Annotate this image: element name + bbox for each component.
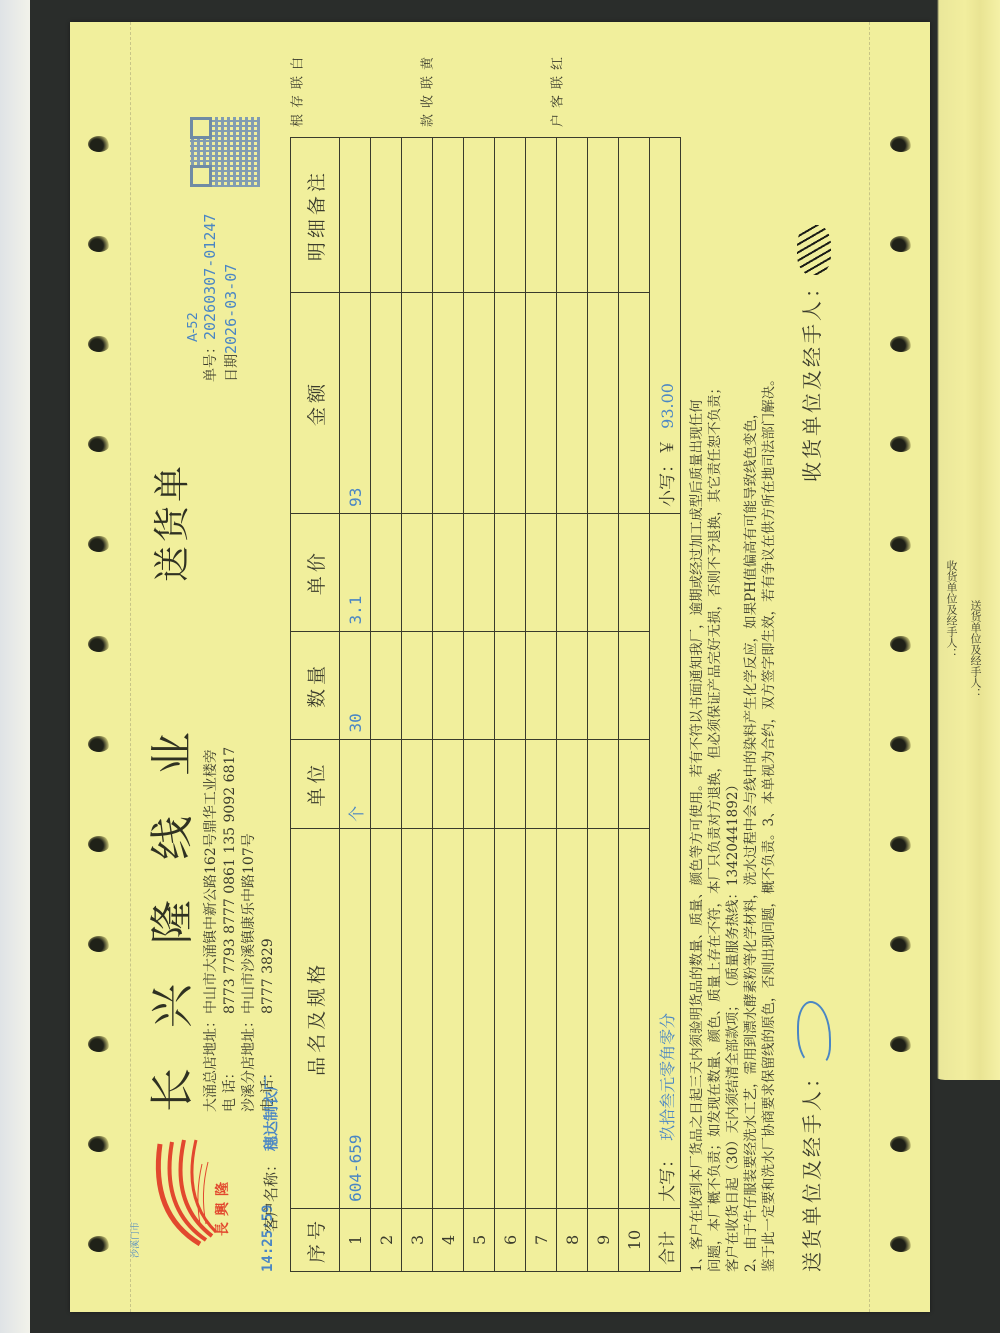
table-header-row: 序号 品名及规格 单位 数量 单价 金额 明细备注 <box>291 137 340 1271</box>
total-words: 玖拾叁元零角零分 <box>658 1012 677 1140</box>
total-digits-cell: 小写：￥93.00 <box>650 137 681 513</box>
row-qty: 30 <box>340 631 371 739</box>
total-words-label: 大写： <box>658 1150 678 1201</box>
table-row: 3 <box>402 137 433 1271</box>
row-seq: 9 <box>588 1208 619 1271</box>
customer-name: 穗达制衣厂 <box>262 1075 280 1150</box>
document-type: 送货单 <box>144 461 195 581</box>
order-no: 20260307-01247 <box>201 213 219 339</box>
row-seq: 5 <box>464 1208 495 1271</box>
note-line: 2、由于牛仔服装要经洗水工艺，需用到漂水酵素粉等化学材料，洗水过程中会与线中的染… <box>742 72 760 1272</box>
branch-address-label: 沙溪分店地址： <box>240 1014 259 1112</box>
row-seq: 7 <box>526 1208 557 1271</box>
header-qty: 数量 <box>291 631 340 739</box>
table-row: 6 <box>495 137 526 1271</box>
copy-red: 红联客户 <box>550 56 565 132</box>
head-office-phone-label: 电 话： <box>221 1014 240 1112</box>
table-row: 4 <box>433 137 464 1271</box>
table-row: 7 <box>526 137 557 1271</box>
table-row: 10 <box>619 137 650 1271</box>
company-name: 长兴隆线业 <box>136 692 200 1112</box>
background-sender-label: 送货单位及经手人： <box>967 600 983 699</box>
customer-label: 客户名称： <box>262 1156 280 1231</box>
total-words-cell: 大写：玖拾叁元零角零分 <box>650 513 681 1208</box>
row-seq: 2 <box>371 1208 402 1271</box>
row-seq: 8 <box>557 1208 588 1271</box>
head-office-address: 中山市大涌镇中新公路162号鼎华工业楼旁 <box>203 749 219 1014</box>
background-receiver-label: 收货单位及经手人： <box>943 560 959 659</box>
row-remark <box>340 137 371 292</box>
copy-white: 白联存根 <box>290 56 305 132</box>
total-digits: 93.00 <box>658 383 677 429</box>
head-office-address-label: 大涌总店地址： <box>202 1014 221 1112</box>
header-price: 单价 <box>291 513 340 631</box>
row-unit: 个 <box>340 739 371 828</box>
table-row: 9 <box>588 137 619 1271</box>
row-name: 604-659 <box>340 828 371 1208</box>
tractor-feed-bottom <box>869 22 930 1312</box>
total-label: 合计 <box>650 1208 681 1271</box>
order-no-label: 单号： <box>203 340 219 382</box>
table-row: 2 <box>371 137 402 1271</box>
row-seq: 3 <box>402 1208 433 1271</box>
date-label: 日期 <box>224 354 240 382</box>
header-seq: 序号 <box>291 1208 340 1271</box>
row-seq: 10 <box>619 1208 650 1271</box>
items-table: 序号 品名及规格 单位 数量 单价 金额 明细备注 1 604-659 个 30… <box>290 137 681 1272</box>
head-office-phone: 8773 7793 8777 0861 135 9092 6817 <box>222 746 238 1013</box>
branch-address: 中山市沙溪镇康乐中路107号 <box>241 833 257 1014</box>
table-row: 8 <box>557 137 588 1271</box>
order-meta: A-52 单号：20260307-01247 日期2026-03-07 <box>200 213 242 381</box>
background-sheet-stack: 收货单位及经手人： 送货单位及经手人： <box>925 0 1000 1080</box>
address-block: 大涌总店地址：中山市大涌镇中新公路162号鼎华工业楼旁 电 话：8773 779… <box>202 746 278 1111</box>
company-logo-icon <box>140 1134 220 1254</box>
terms-notes: 1、客户在收到本厂货品之日起三天内须验明货品的数量、质量、颜色等方可使用。若有不… <box>688 72 778 1272</box>
brand-name: 長興隆 <box>212 1176 232 1236</box>
header-name: 品名及规格 <box>291 828 340 1208</box>
note-line: 1、客户在收到本厂货品之日起三天内须验明货品的数量、质量、颜色等方可使用。若有不… <box>688 72 706 1272</box>
header-remark: 明细备注 <box>291 137 340 292</box>
table-row: 1 604-659 个 30 3.1 93 <box>340 137 371 1271</box>
total-digits-label: 小写：￥ <box>658 438 678 506</box>
form-code: A-52 <box>186 312 201 342</box>
row-seq: 1 <box>340 1208 371 1271</box>
delivery-note: 沙溪门市 長興隆 14:25:59 长兴隆线业 送货单 大涌总店地址：中山市大涌… <box>70 22 930 1312</box>
header-amount: 金额 <box>291 292 340 513</box>
form-body: 沙溪门市 長興隆 14:25:59 长兴隆线业 送货单 大涌总店地址：中山市大涌… <box>140 72 860 1272</box>
sender-signature: 送货单位及经手人： <box>796 1001 831 1272</box>
note-line: 问题，本厂概不负责；如发现在数量、颜色、质量上存在不符，本厂只负责对方退换，但必… <box>706 72 724 1272</box>
sender-signature-scribble <box>797 1001 831 1065</box>
qr-code <box>190 117 260 187</box>
customer-field: 客户名称：穗达制衣厂 <box>260 1075 281 1231</box>
receiver-signature: 收货单位及经手人： <box>796 225 831 482</box>
header-unit: 单位 <box>291 739 340 828</box>
row-amount: 93 <box>340 292 371 513</box>
tractor-feed-top <box>70 22 131 1312</box>
adjacent-sheet-edge <box>0 0 30 1333</box>
note-line: 鉴于此一定要和洗水厂协商要求保留线的原色，否则出现问题，概不负责。3、本单视为合… <box>760 72 778 1272</box>
sender-label: 送货单位及经手人： <box>800 1065 824 1272</box>
order-date: 2026-03-07 <box>222 263 240 353</box>
receiver-label: 收货单位及经手人： <box>800 275 824 482</box>
copy-yellow: 黄联收款 <box>420 56 435 132</box>
note-line: 客户在收货日起（30）天内须结清全部款项； （质量服务热线：1342044189… <box>724 72 742 1272</box>
row-seq: 4 <box>433 1208 464 1271</box>
branch-phone: 8777 3829 <box>260 938 276 1014</box>
row-seq: 6 <box>495 1208 526 1271</box>
total-row: 合计 大写：玖拾叁元零角零分 小写：￥93.00 <box>650 137 681 1271</box>
table-row: 5 <box>464 137 495 1271</box>
row-price: 3.1 <box>340 513 371 631</box>
receiver-signature-scribble <box>797 225 831 275</box>
